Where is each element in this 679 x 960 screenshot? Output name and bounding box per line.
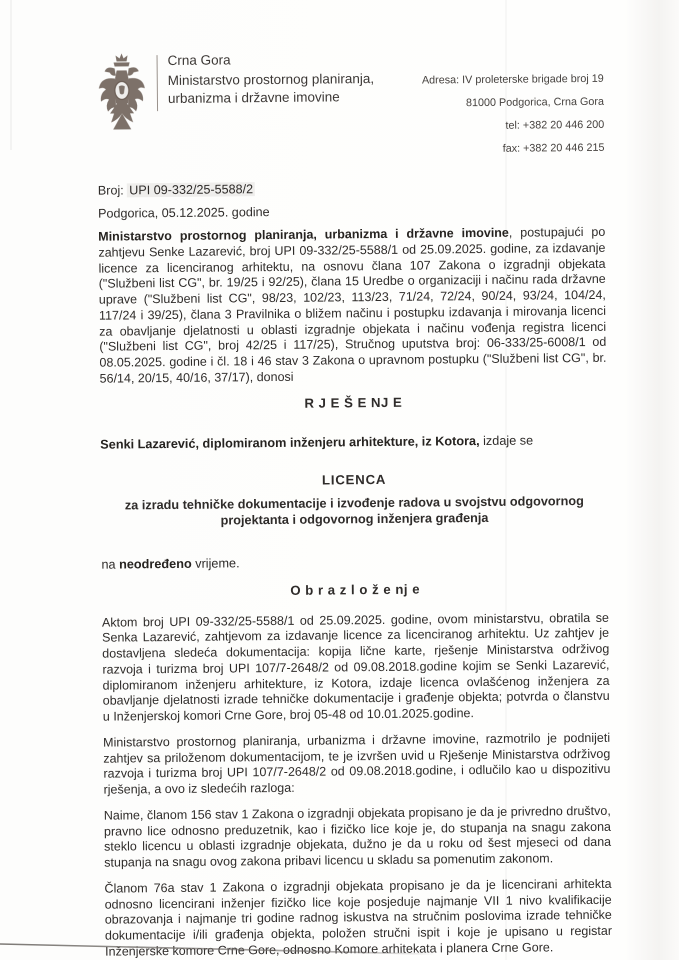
doc-number-label: Broj: [98, 183, 128, 197]
country-name: Crna Gora [168, 51, 374, 68]
explanation-paragraph: Naime, članom 156 stav 1 Zakona o izgrad… [104, 804, 612, 872]
explanation-paragraph: Ministarstvo prostornog planiranja, urba… [103, 731, 611, 799]
ministry-name-line2: urbanizma i državne imovine [168, 88, 375, 108]
document-meta: Broj: UPI 09-332/25-5588/2 Podgorica, 05… [98, 179, 605, 221]
recipient-name: Senki Lazarević, diplomiranom inženjeru … [100, 434, 479, 452]
explanation-paragraph: Članom 76a stav 1 Zakona o izgradnji obj… [104, 877, 612, 960]
letterhead: Crna Gora Ministarstvo prostornog planir… [96, 47, 604, 170]
license-heading: LICENCA [101, 469, 608, 489]
address-line: tel: +382 20 446 200 [422, 119, 604, 133]
scanned-document-page: Crna Gora Ministarstvo prostornog planir… [0, 0, 679, 960]
ministry-brand: Crna Gora Ministarstvo prostornog planir… [96, 49, 374, 138]
ministry-name-block: Crna Gora Ministarstvo prostornog planir… [167, 49, 374, 107]
recipient-line: Senki Lazarević, diplomiranom inženjeru … [100, 431, 607, 452]
license-scope: za izradu tehničke dokumentacije i izvođ… [114, 492, 594, 530]
explanation-paragraph: Aktom broj UPI 09-332/25-5588/1 od 25.09… [102, 610, 610, 725]
duration-prefix: na [101, 557, 119, 571]
doc-number: Broj: UPI 09-332/25-5588/2 [98, 179, 605, 198]
address-line: fax: +382 20 446 215 [423, 142, 605, 156]
brand-divider [157, 55, 159, 111]
recipient-rest: izdaje se [479, 433, 533, 448]
doc-place-date: Podgorica, 05.12.2025. godine [98, 202, 605, 221]
explanation-heading: O b r a z l o ž e nj e [102, 579, 609, 599]
address-line: Adresa: IV proleterske brigade broj 19 [422, 73, 604, 87]
montenegro-coat-of-arms-icon [97, 53, 148, 137]
intro-paragraph: Ministarstvo prostornog planiranja, urba… [98, 225, 606, 387]
address-line: 81000 Podgorica, Crna Gora [422, 96, 604, 110]
intro-lead: Ministarstvo prostornog planiranja, urba… [98, 226, 509, 244]
duration-suffix: vrijeme. [192, 556, 240, 570]
address-block: Adresa: IV proleterske brigade broj 19 8… [422, 47, 605, 167]
doc-number-value: UPI 09-332/25-5588/2 [127, 182, 255, 197]
duration-line: na neodređeno vrijeme. [101, 551, 608, 572]
duration-bold: neodređeno [119, 556, 192, 571]
ministry-name-line1: Ministarstvo prostornog planiranja, [168, 70, 375, 90]
document-content: Crna Gora Ministarstvo prostornog planir… [0, 0, 679, 960]
intro-rest: , postupajući po zahtjevu Senke Lazarevi… [98, 225, 606, 386]
resolution-heading: R J E Š E NJ E [100, 392, 607, 412]
